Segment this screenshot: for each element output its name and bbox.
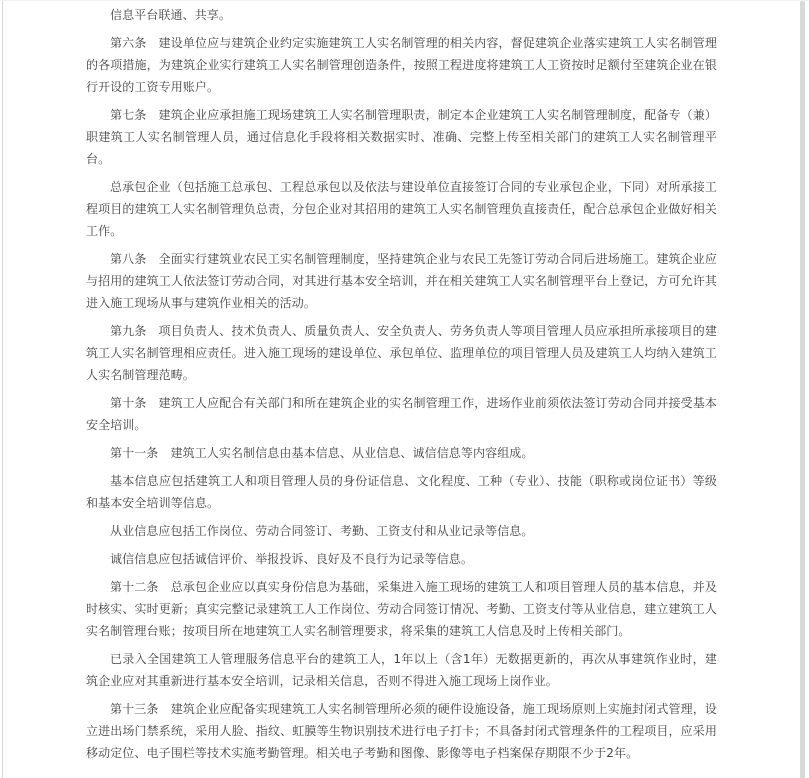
paragraph-article-13: 第十三条 建筑企业应配备实现建筑工人实名制管理所必须的硬件设施设备，施工现场原则… bbox=[86, 698, 717, 764]
paragraph-article-9: 第九条 项目负责人、技术负责人、质量负责人、安全负责人、劳务负责人等项目管理人员… bbox=[86, 320, 717, 386]
paragraph-article-6: 第六条 建设单位应与建筑企业约定实施建筑工人实名制管理的相关内容，督促建筑企业落… bbox=[86, 32, 717, 98]
scrollbar-thumb[interactable] bbox=[800, 1, 805, 778]
paragraph-article-10: 第十条 建筑工人应配合有关部门和所在建筑企业的实名制管理工作，进场作业前须依法签… bbox=[86, 392, 717, 436]
paragraph-recorded-workers: 已录入全国建筑工人管理服务信息平台的建筑工人，1年以上（含1年）无数据更新的，再… bbox=[86, 648, 717, 692]
paragraph-credit-info: 诚信信息应包括诚信评价、举报投诉、良好及不良行为记录等信息。 bbox=[86, 548, 717, 570]
paragraph-employment-info: 从业信息应包括工作岗位、劳动合同签订、考勤、工资支付和从业记录等信息。 bbox=[86, 520, 717, 542]
paragraph-article-12: 第十二条 总承包企业应以真实身份信息为基础，采集进入施工现场的建筑工人和项目管理… bbox=[86, 576, 717, 642]
page-left-border bbox=[2, 1, 3, 778]
document-viewport: 信息平台联通、共享。 第六条 建设单位应与建筑企业约定实施建筑工人实名制管理的相… bbox=[0, 0, 809, 778]
document-body: 信息平台联通、共享。 第六条 建设单位应与建筑企业约定实施建筑工人实名制管理的相… bbox=[86, 3, 717, 770]
paragraph-article-7: 第七条 建筑企业应承担施工现场建筑工人实名制管理职责，制定本企业建筑工人实名制管… bbox=[86, 104, 717, 170]
paragraph-general-contractor: 总承包企业（包括施工总承包、工程总承包以及依法与建设单位直接签订合同的专业承包企… bbox=[86, 176, 717, 242]
paragraph-article-8: 第八条 全面实行建筑业农民工实名制管理制度，坚持建筑企业与农民工先签订劳动合同后… bbox=[86, 248, 717, 314]
paragraph-article-11: 第十一条 建筑工人实名制信息由基本信息、从业信息、诚信信息等内容组成。 bbox=[86, 442, 717, 464]
paragraph-platform-sharing: 信息平台联通、共享。 bbox=[86, 4, 717, 26]
paragraph-basic-info: 基本信息应包括建筑工人和项目管理人员的身份证信息、文化程度、工种（专业）、技能（… bbox=[86, 470, 717, 514]
